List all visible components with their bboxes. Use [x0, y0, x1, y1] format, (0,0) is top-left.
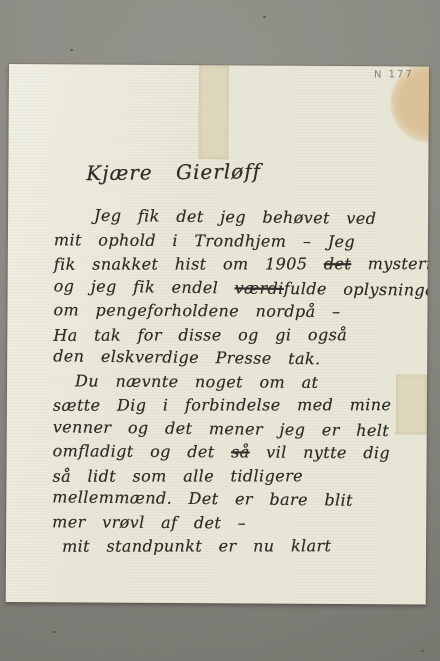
struck-word: værdi: [235, 278, 284, 298]
tape-strip-top: [198, 65, 229, 159]
handwriting-text: mit standpunkt er nu klart: [62, 536, 331, 555]
handwritten-letter: Kjære Gierløff Jeg fik det jeg behøvet v…: [52, 158, 420, 559]
handwriting-text: fik snakket hist om 1905: [54, 254, 324, 273]
handwriting-line: den elskverdige Presse tak.: [53, 344, 419, 372]
handwriting-text: vil nytte dig: [250, 442, 391, 462]
handwriting-text: Ha tak for disse og gi også: [53, 325, 347, 345]
handwriting-text: mit ophold i Trondhjem – Jeg: [54, 230, 355, 251]
handwriting-text: fulde oplysninger: [284, 278, 429, 299]
handwriting-line: og jeg fik endel værdifulde oplysninger: [54, 274, 420, 302]
handwriting-text: mysteriet: [351, 254, 429, 273]
dust-speck: [70, 49, 73, 51]
handwriting-text: mer vrøvl af det –: [52, 512, 246, 532]
handwriting-line: mit ophold i Trondhjem – Jeg: [54, 228, 420, 254]
handwriting-text: omfladigt og det: [53, 441, 232, 461]
letter-body: Jeg fik det jeg behøvet vedmit ophold i …: [52, 204, 420, 559]
photo-background: N 177 Kjære Gierløff Jeg fik det jeg beh…: [0, 0, 440, 661]
handwriting-line: venner og det mener jeg er helt: [53, 415, 419, 443]
catalog-number: N 177: [374, 69, 414, 80]
handwriting-line: omfladigt og det så vil nytte dig: [53, 439, 419, 465]
handwriting-text: Jeg fik det jeg behøvet ved: [94, 206, 376, 228]
struck-word: det: [324, 254, 351, 273]
handwriting-line: mit standpunkt er nu klart: [52, 534, 418, 558]
salutation: Kjære Gierløff: [54, 157, 420, 185]
handwriting-text: og jeg fik endel: [54, 276, 235, 297]
handwriting-text: om pengeforholdene nordpå –: [53, 300, 340, 321]
handwriting-text: så lidt som alle tidligere: [52, 466, 303, 485]
handwriting-text: venner og det mener jeg er helt: [53, 417, 390, 440]
dust-speck: [421, 650, 424, 652]
handwriting-line: fik snakket hist om 1905 det mysteriet: [54, 252, 420, 276]
handwriting-line: så lidt som alle tidligere: [52, 464, 418, 488]
letter-paper: N 177 Kjære Gierløff Jeg fik det jeg beh…: [6, 64, 429, 605]
dust-speck: [53, 631, 56, 633]
handwriting-line: Jeg fik det jeg behøvet ved: [54, 203, 420, 231]
struck-word: så: [231, 442, 250, 461]
handwriting-text: sætte Dig i forbindelse med mine: [53, 395, 391, 415]
handwriting-text: den elskverdige Presse tak.: [53, 346, 321, 368]
handwriting-line: sætte Dig i forbindelse med mine: [53, 393, 419, 417]
handwriting-line: Du nævnte noget om at: [53, 369, 419, 395]
dust-speck: [263, 16, 266, 18]
handwriting-text: mellemmænd. Det er bare blit: [52, 487, 353, 509]
handwriting-line: om pengeforholdene nordpå –: [53, 298, 419, 324]
handwriting-line: mer vrøvl af det –: [52, 510, 418, 536]
handwriting-line: Ha tak for disse og gi også: [53, 323, 419, 347]
handwriting-line: mellemmænd. Det er bare blit: [52, 485, 418, 513]
handwriting-text: Du nævnte noget om at: [75, 371, 318, 391]
